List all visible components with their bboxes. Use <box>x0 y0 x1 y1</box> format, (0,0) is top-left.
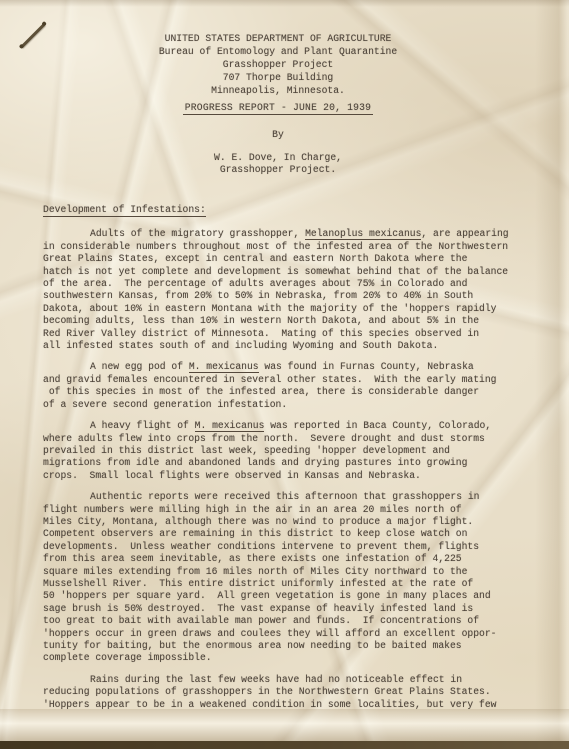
document-line: of the area. The percentage of adults av… <box>43 278 513 290</box>
document-line: Great Plains States, except in central a… <box>43 253 513 265</box>
document-line: sage brush is 50% destroyed. The vast ex… <box>43 603 513 615</box>
byline-by: By <box>43 129 513 141</box>
text-segment: Competent observers are remaining in thi… <box>43 528 467 539</box>
document-line: of this species in most of the infested … <box>43 386 513 398</box>
text-segment: Great Plains States, except in central a… <box>43 253 467 264</box>
text-segment: and gravid females encountered in severa… <box>43 374 496 385</box>
text-segment: complete coverage impossible. <box>43 652 212 663</box>
document-line: tunity for baiting, but the enormous are… <box>43 640 513 652</box>
document-line: hatch is not yet complete and developmen… <box>43 266 513 278</box>
text-segment: in considerable numbers throughout most … <box>43 241 508 252</box>
paper-top-edge-shadow <box>0 0 569 7</box>
letterhead-line: UNITED STATES DEPARTMENT OF AGRICULTURE <box>43 32 513 45</box>
report-body: Adults of the migratory grasshopper, Mel… <box>43 228 513 711</box>
report-title-row: PROGRESS REPORT - JUNE 20, 1939 <box>43 102 513 114</box>
text-segment: tunity for baiting, but the enormous are… <box>43 640 462 651</box>
text-segment: hatch is not yet complete and developmen… <box>43 266 508 277</box>
document-line: migrations from idle and abandoned lands… <box>43 457 513 469</box>
document-line: Miles City, Montana, although there was … <box>43 516 513 528</box>
text-segment: of the area. The percentage of adults av… <box>43 278 467 289</box>
letterhead-line: Bureau of Entomology and Plant Quarantin… <box>43 45 513 58</box>
text-segment: Musselshell River. This entire district … <box>43 578 473 589</box>
document-line: A heavy flight of M. mexicanus was repor… <box>43 420 513 432</box>
text-segment: too great to bait with available man pow… <box>43 615 479 626</box>
text-segment: square miles extending from 16 miles nor… <box>43 566 467 577</box>
document-line: Red River Valley district of Minnesota. … <box>43 328 513 340</box>
text-segment: southwestern Kansas, from 20% to 50% in … <box>43 290 473 301</box>
text-segment: 'Hoppers appear to be in a weakened cond… <box>43 699 496 710</box>
document-line: and gravid females encountered in severa… <box>43 374 513 386</box>
document-line: from this area seem inevitable, as there… <box>43 553 513 565</box>
document-line: prevailed in this district last week, sp… <box>43 445 513 457</box>
text-segment: Rains during the last few weeks have had… <box>90 674 462 685</box>
text-segment: developments. Unless weather conditions … <box>43 541 479 552</box>
letterhead: UNITED STATES DEPARTMENT OF AGRICULTURE … <box>43 32 513 97</box>
staple-mark <box>20 23 45 48</box>
text-segment: Authentic reports were received this aft… <box>90 491 480 502</box>
text-segment: of a severe second generation infestatio… <box>43 399 287 410</box>
document-line: Adults of the migratory grasshopper, Mel… <box>43 228 513 240</box>
document-line: all infested states south of and includi… <box>43 340 513 352</box>
author-project: Grasshopper Project. <box>43 164 513 177</box>
text-segment: , are appearing <box>421 228 508 239</box>
paper-right-edge-shadow <box>535 0 569 749</box>
text-segment: A heavy flight of <box>90 420 195 431</box>
text-segment: was found in Furnas County, Nebraska <box>259 361 474 372</box>
document-line: in considerable numbers throughout most … <box>43 241 513 253</box>
text-segment: 50 'hoppers per square yard. All green v… <box>43 590 491 601</box>
section-heading: Development of Infestations: <box>43 204 206 217</box>
species-name: M. mexicanus <box>195 420 265 432</box>
document-line: too great to bait with available man pow… <box>43 615 513 627</box>
paragraph: A new egg pod of M. mexicanus was found … <box>43 361 513 411</box>
text-segment: Miles City, Montana, although there was … <box>43 516 473 527</box>
text-segment: Red River Valley district of Minnesota. … <box>43 328 479 339</box>
text-segment: prevailed in this district last week, sp… <box>43 445 450 456</box>
document-line: 'hoppers occur in green draws and coulee… <box>43 628 513 640</box>
document-line: developments. Unless weather conditions … <box>43 541 513 553</box>
document-line: southwestern Kansas, from 20% to 50% in … <box>43 290 513 302</box>
text-segment: A new egg pod of <box>90 361 189 372</box>
document-line: A new egg pod of M. mexicanus was found … <box>43 361 513 373</box>
paper-bottom-fold <box>0 709 569 741</box>
document-line: flight numbers were milling high in the … <box>43 504 513 516</box>
species-name: Melanoplus mexicanus <box>305 228 421 240</box>
document-line: Authentic reports were received this aft… <box>43 491 513 503</box>
scanned-document-page: UNITED STATES DEPARTMENT OF AGRICULTURE … <box>0 0 569 749</box>
text-segment: of this species in most of the infested … <box>43 386 479 397</box>
typewritten-content: UNITED STATES DEPARTMENT OF AGRICULTURE … <box>43 32 513 711</box>
document-line: complete coverage impossible. <box>43 652 513 664</box>
text-segment: where adults flew into crops from the no… <box>43 433 485 444</box>
document-line: becoming adults, less than 10% in wester… <box>43 315 513 327</box>
text-segment: flight numbers were milling high in the … <box>43 504 462 515</box>
letterhead-line: Grasshopper Project <box>43 58 513 71</box>
letterhead-line: 707 Thorpe Building <box>43 71 513 84</box>
species-name: M. mexicanus <box>189 361 259 373</box>
document-line: where adults flew into crops from the no… <box>43 433 513 445</box>
document-line: Competent observers are remaining in thi… <box>43 528 513 540</box>
text-segment: migrations from idle and abandoned lands… <box>43 457 467 468</box>
letterhead-line: Minneapolis, Minnesota. <box>43 84 513 97</box>
paragraph: A heavy flight of M. mexicanus was repor… <box>43 420 513 482</box>
text-segment: from this area seem inevitable, as there… <box>43 553 462 564</box>
document-line: Rains during the last few weeks have had… <box>43 674 513 686</box>
text-segment: was reported in Baca County, Colorado, <box>264 420 491 431</box>
paragraph: Rains during the last few weeks have had… <box>43 674 513 711</box>
text-segment: Dakota, about 10% in eastern Montana wit… <box>43 303 496 314</box>
document-line: crops. Small local flights were observed… <box>43 470 513 482</box>
text-segment: all infested states south of and includi… <box>43 340 438 351</box>
author-block: W. E. Dove, In Charge, Grasshopper Proje… <box>43 152 513 177</box>
text-segment: sage brush is 50% destroyed. The vast ex… <box>43 603 473 614</box>
document-line: of a severe second generation infestatio… <box>43 399 513 411</box>
text-segment: becoming adults, less than 10% in wester… <box>43 315 479 326</box>
document-line: reducing populations of grasshoppers in … <box>43 686 513 698</box>
paragraph: Adults of the migratory grasshopper, Mel… <box>43 228 513 352</box>
section-heading-row: Development of Infestations: <box>43 204 513 216</box>
document-line: square miles extending from 16 miles nor… <box>43 566 513 578</box>
text-segment: Adults of the migratory grasshopper, <box>90 228 305 239</box>
document-line: Dakota, about 10% in eastern Montana wit… <box>43 303 513 315</box>
document-line: 50 'hoppers per square yard. All green v… <box>43 590 513 602</box>
document-line: Musselshell River. This entire district … <box>43 578 513 590</box>
author-name: W. E. Dove, In Charge, <box>43 152 513 165</box>
text-segment: crops. Small local flights were observed… <box>43 470 421 481</box>
paper-bottom-edge <box>0 741 569 749</box>
report-title: PROGRESS REPORT - JUNE 20, 1939 <box>183 102 373 115</box>
text-segment: 'hoppers occur in green draws and coulee… <box>43 628 496 639</box>
paragraph: Authentic reports were received this aft… <box>43 491 513 665</box>
text-segment: reducing populations of grasshoppers in … <box>43 686 491 697</box>
